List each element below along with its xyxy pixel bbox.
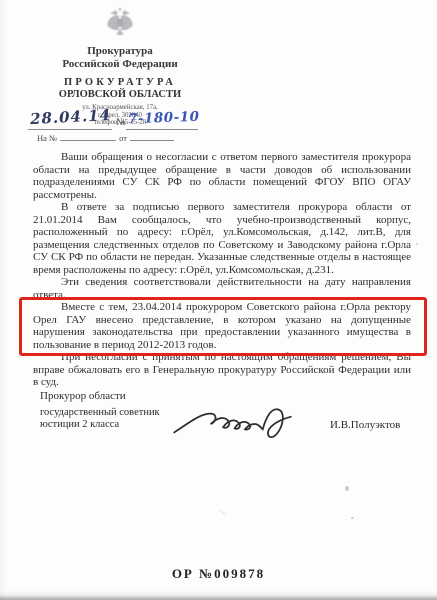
highlighted-section: Вместе с тем, 23.04.2014 прокурором Сове… xyxy=(33,301,411,351)
scan-speck xyxy=(345,486,349,491)
form-serial-number: ОР №009878 xyxy=(0,566,437,582)
org-name-line2: Российской Федерации xyxy=(20,58,220,71)
signer-rank-line2: юстиции 2 класса xyxy=(40,419,160,431)
paragraph-previous-answer: В ответе за подписью первого заместителя… xyxy=(33,201,411,276)
handwritten-signature xyxy=(170,398,295,450)
reply-number-label: На № xyxy=(37,133,57,143)
paragraph-appeals-reviewed: Ваши обращения о несогласии с ответом пе… xyxy=(33,151,411,201)
letter-body: Ваши обращения о несогласии с ответом пе… xyxy=(33,151,411,389)
reply-number-blank xyxy=(60,132,116,141)
number-sign-label: № xyxy=(116,117,126,128)
scan-speck xyxy=(416,243,418,245)
signer-position: Прокурор области xyxy=(40,390,126,402)
paragraph-appeal-rights: При несогласии с принятым по настоящим о… xyxy=(33,351,411,389)
signer-rank: государственный советник юстиции 2 класс… xyxy=(40,407,160,431)
handwritten-outgoing-number: 7-180-10 xyxy=(128,109,200,127)
date-underline xyxy=(28,129,112,130)
scan-edge-shadow xyxy=(0,595,437,600)
reply-reference-row: На №от xyxy=(37,132,174,143)
office-name-line2: ОРЛОВСКОЙ ОБЛАСТИ xyxy=(20,89,220,101)
scan-speck xyxy=(351,517,354,519)
coat-of-arms-icon xyxy=(104,25,136,42)
paragraph-representation-issued: Вместе с тем, 23.04.2014 прокурором Сове… xyxy=(33,301,411,351)
scan-crease xyxy=(219,509,228,516)
office-name-line1: ПРОКУРАТУРА xyxy=(20,77,220,89)
signer-rank-line1: государственный советник xyxy=(40,407,160,419)
scanned-letter-page: Прокуратура Российской Федерации ПРОКУРА… xyxy=(0,0,437,600)
reply-date-blank xyxy=(130,132,174,141)
org-name: Прокуратура Российской Федерации xyxy=(20,45,220,70)
number-underline xyxy=(126,129,198,130)
paragraph-facts-valid: Эти сведения соответствовали действитель… xyxy=(33,276,411,301)
reply-date-label: от xyxy=(119,133,127,143)
org-name-line1: Прокуратура xyxy=(20,45,220,58)
office-name: ПРОКУРАТУРА ОРЛОВСКОЙ ОБЛАСТИ xyxy=(20,77,220,101)
signer-name: И.В.Полуэктов xyxy=(330,419,400,431)
